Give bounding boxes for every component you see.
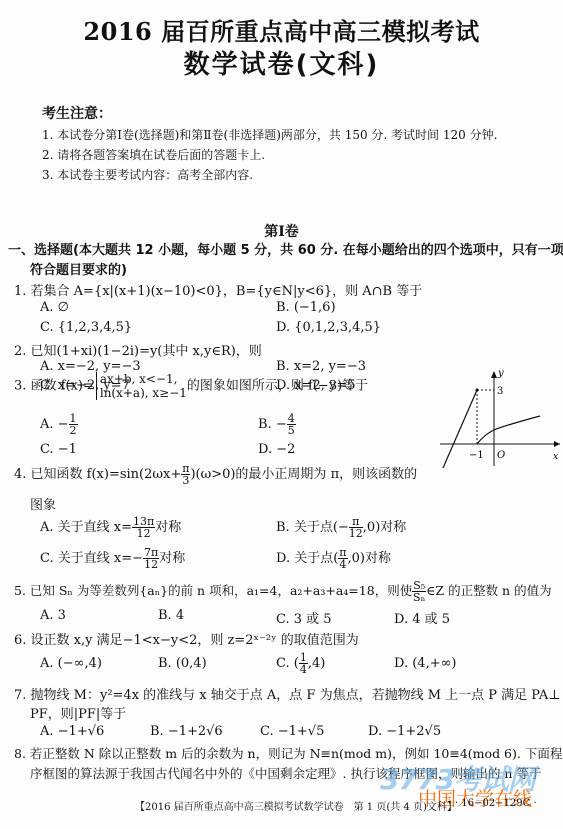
exam-title: 2016 届百所重点高中高三模拟考试 (0, 12, 563, 47)
question-1-option-c: C. {1,2,3,4,5} (40, 320, 132, 335)
notice-item-3: 3. 本试卷主要考试内容：高考全部内容. (42, 166, 253, 183)
question-1-option-d: D. {0,1,2,3,4,5} (276, 320, 381, 335)
section-heading-line2: 符合题目要求的) (30, 259, 127, 278)
svg-text:x: x (553, 452, 558, 462)
notice-item-1: 1. 本试卷分第Ⅰ卷(选择题)和第Ⅱ卷(非选择题)两部分，共 150 分. 考试… (42, 126, 497, 143)
question-6-option-a: A. (−∞,4) (40, 656, 102, 671)
question-5-stem: 5. 已知 Sₙ 为等差数列{aₙ}的前 n 项和，a₁=4，a₂+a₃+a₄=… (14, 580, 552, 603)
paper-code: · 16−02−129C · (455, 798, 537, 809)
function-graph: y 3 −1 O x (435, 368, 563, 468)
svg-text:−1: −1 (469, 450, 484, 461)
question-5-option-d: D. 4 或 5 (394, 608, 450, 627)
question-6-stem: 6. 设正数 x,y 满足−1<x−y<2，则 z=2ˣ⁻²ʸ 的取值范围为 (14, 629, 359, 648)
exam-subtitle: 数学试卷(文科) (0, 44, 563, 81)
fraction: π12 (349, 516, 363, 539)
question-4-stem: 4. 已知函数 f(x)=sin(2ωx+π3)(ω>0)的最小正周期为 π，则… (14, 463, 417, 486)
question-4-stem-line2: 图象 (30, 494, 56, 513)
piecewise-brace: ax+b, x<−1,ln(x+a), x≥−1 (96, 372, 187, 400)
question-6-option-c: C. (14,4) (276, 652, 325, 675)
question-1-option-a: A. ∅ (40, 300, 69, 315)
question-7-stem-line2: PF，则|PF|等于 (30, 703, 126, 722)
fraction: π4 (338, 547, 347, 570)
question-1-option-b: B. (−1,6) (276, 300, 336, 315)
question-3-option-d: D. −2 (258, 442, 295, 457)
svg-text:y: y (497, 368, 504, 379)
question-1-stem: 1. 若集合 A={x|(x+1)(x−10)<0}，B={y∈N|y<6}，则… (14, 280, 422, 299)
question-4-option-c: C. 关于直线 x=−7π12对称 (40, 547, 185, 570)
question-7-option-c: C. −1+√5 (260, 724, 324, 739)
svg-text:O: O (497, 450, 505, 461)
question-3-stem: 3. 函数 f(x)=ax+b, x<−1,ln(x+a), x≥−1的图象如图… (14, 372, 368, 400)
fraction: 45 (287, 413, 296, 436)
svg-text:3: 3 (497, 386, 503, 397)
question-5-option-a: A. 3 (40, 608, 66, 623)
section-title: 第Ⅰ卷 (0, 221, 563, 241)
fraction: 12 (69, 413, 78, 436)
section-heading-line1: 一、选择题(本大题共 12 小题，每小题 5 分，共 60 分. 在每小题给出的… (8, 239, 563, 258)
question-5-option-b: B. 4 (158, 608, 184, 623)
question-5-option-c: C. 3 或 5 (276, 608, 332, 627)
x-axis-arrow-icon (554, 441, 560, 447)
fraction: 7π12 (143, 547, 159, 570)
y-axis-arrow-icon (491, 371, 497, 378)
question-3-option-a: A. −12 (40, 413, 78, 436)
question-2-stem: 2. 已知(1+xi)(1−2i)=y(其中 x,y∈R)，则 (14, 340, 262, 359)
question-6-option-b: B. (0,4) (158, 656, 207, 671)
question-7-option-a: A. −1+√6 (40, 724, 104, 739)
fraction: 14 (299, 652, 308, 675)
question-4-option-b: B. 关于点(−π12,0)对称 (276, 516, 406, 539)
question-3-option-c: C. −1 (40, 442, 77, 457)
question-7-option-b: B. −1+2√6 (150, 724, 223, 739)
question-4-option-d: D. 关于点(π4,0)对称 (276, 547, 391, 570)
log-piece (477, 416, 540, 444)
question-4-option-a: A. 关于直线 x=13π12对称 (40, 516, 181, 539)
fraction: 13π12 (132, 516, 155, 539)
page-footer: 【2016 届百所重点高中高三模拟考试数学试卷 第 1 页(共 4 页)文科】 (135, 798, 457, 813)
question-6-option-d: D. (4,+∞) (394, 656, 457, 671)
question-7-option-d: D. −1+2√5 (368, 724, 441, 739)
notice-item-2: 2. 请将各题答案填在试卷后面的答题卡上. (42, 146, 265, 163)
question-7-stem-line1: 7. 抛物线 M：y²=4x 的准线与 x 轴交于点 A，点 F 为焦点，若抛物… (14, 684, 560, 703)
notice-heading: 考生注意： (42, 103, 112, 123)
question-3-option-b: B. −45 (258, 413, 296, 436)
fraction: S₅Sₙ (412, 580, 426, 603)
